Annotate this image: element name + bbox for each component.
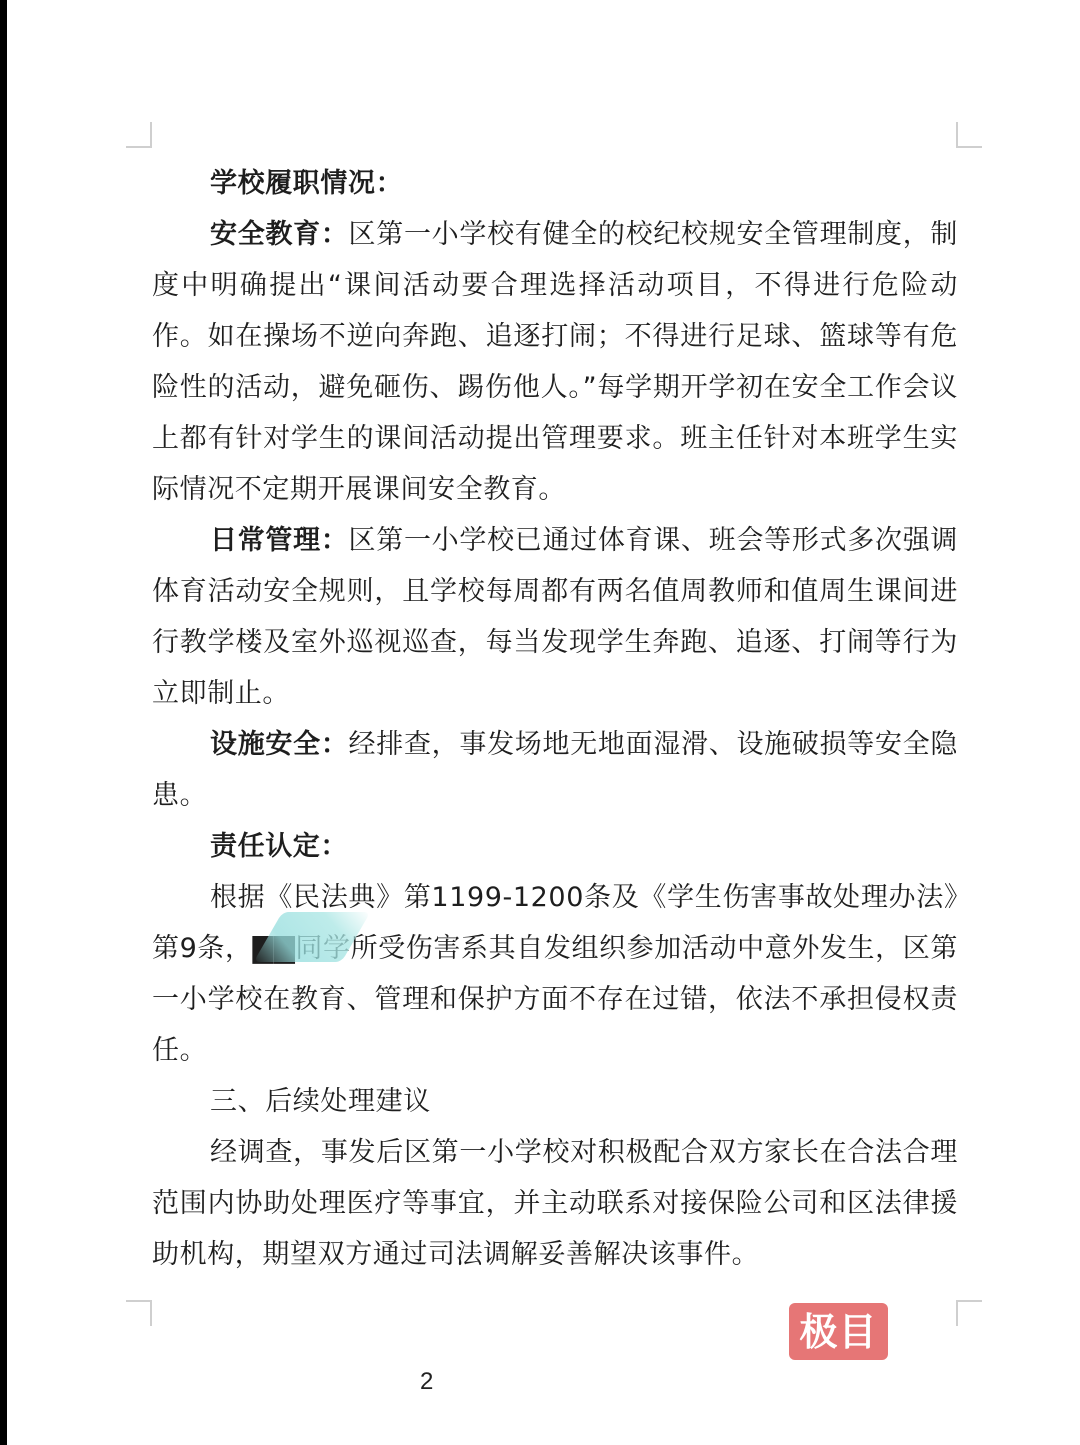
heading-liability: 责任认定： [152, 821, 958, 872]
section-label: 设施安全： [210, 729, 349, 760]
left-edge-bar [0, 0, 7, 1445]
heading-followup: 三、后续处理建议 [152, 1076, 958, 1127]
paragraph-daily-management: 日常管理：区第一小学校已通过体育课、班会等形式多次强调体育活动安全规则，且学校每… [152, 515, 958, 719]
document-body: 学校履职情况： 安全教育：区第一小学校有健全的校纪校规安全管理制度，制度中明确提… [152, 158, 958, 1280]
heading-school-duties: 学校履职情况： [152, 158, 958, 209]
paragraph-facility-safety: 设施安全：经排查，事发场地无地面湿滑、设施破损等安全隐患。 [152, 719, 958, 821]
margin-corner-top-right [956, 122, 982, 148]
watermark-logo: 极目 [789, 1303, 888, 1360]
margin-corner-top-left [126, 122, 152, 148]
section-text: 区第一小学校有健全的校纪校规安全管理制度，制度中明确提出“课间活动要合理选择活动… [152, 219, 958, 505]
margin-corner-bottom-left [126, 1300, 152, 1326]
section-label: 安全教育： [210, 219, 349, 250]
paragraph-liability: 根据《民法典》第1199-1200条及《学生伤害事故处理办法》第9条，▇▇同学所… [152, 872, 958, 1076]
page-number: 2 [420, 1368, 433, 1396]
margin-corner-bottom-right [956, 1300, 982, 1326]
paragraph-safety-education: 安全教育：区第一小学校有健全的校纪校规安全管理制度，制度中明确提出“课间活动要合… [152, 209, 958, 515]
paragraph-followup: 经调查，事发后区第一小学校对积极配合双方家长在合法合理范围内协助处理医疗等事宜，… [152, 1127, 958, 1280]
section-label: 日常管理： [210, 525, 349, 556]
